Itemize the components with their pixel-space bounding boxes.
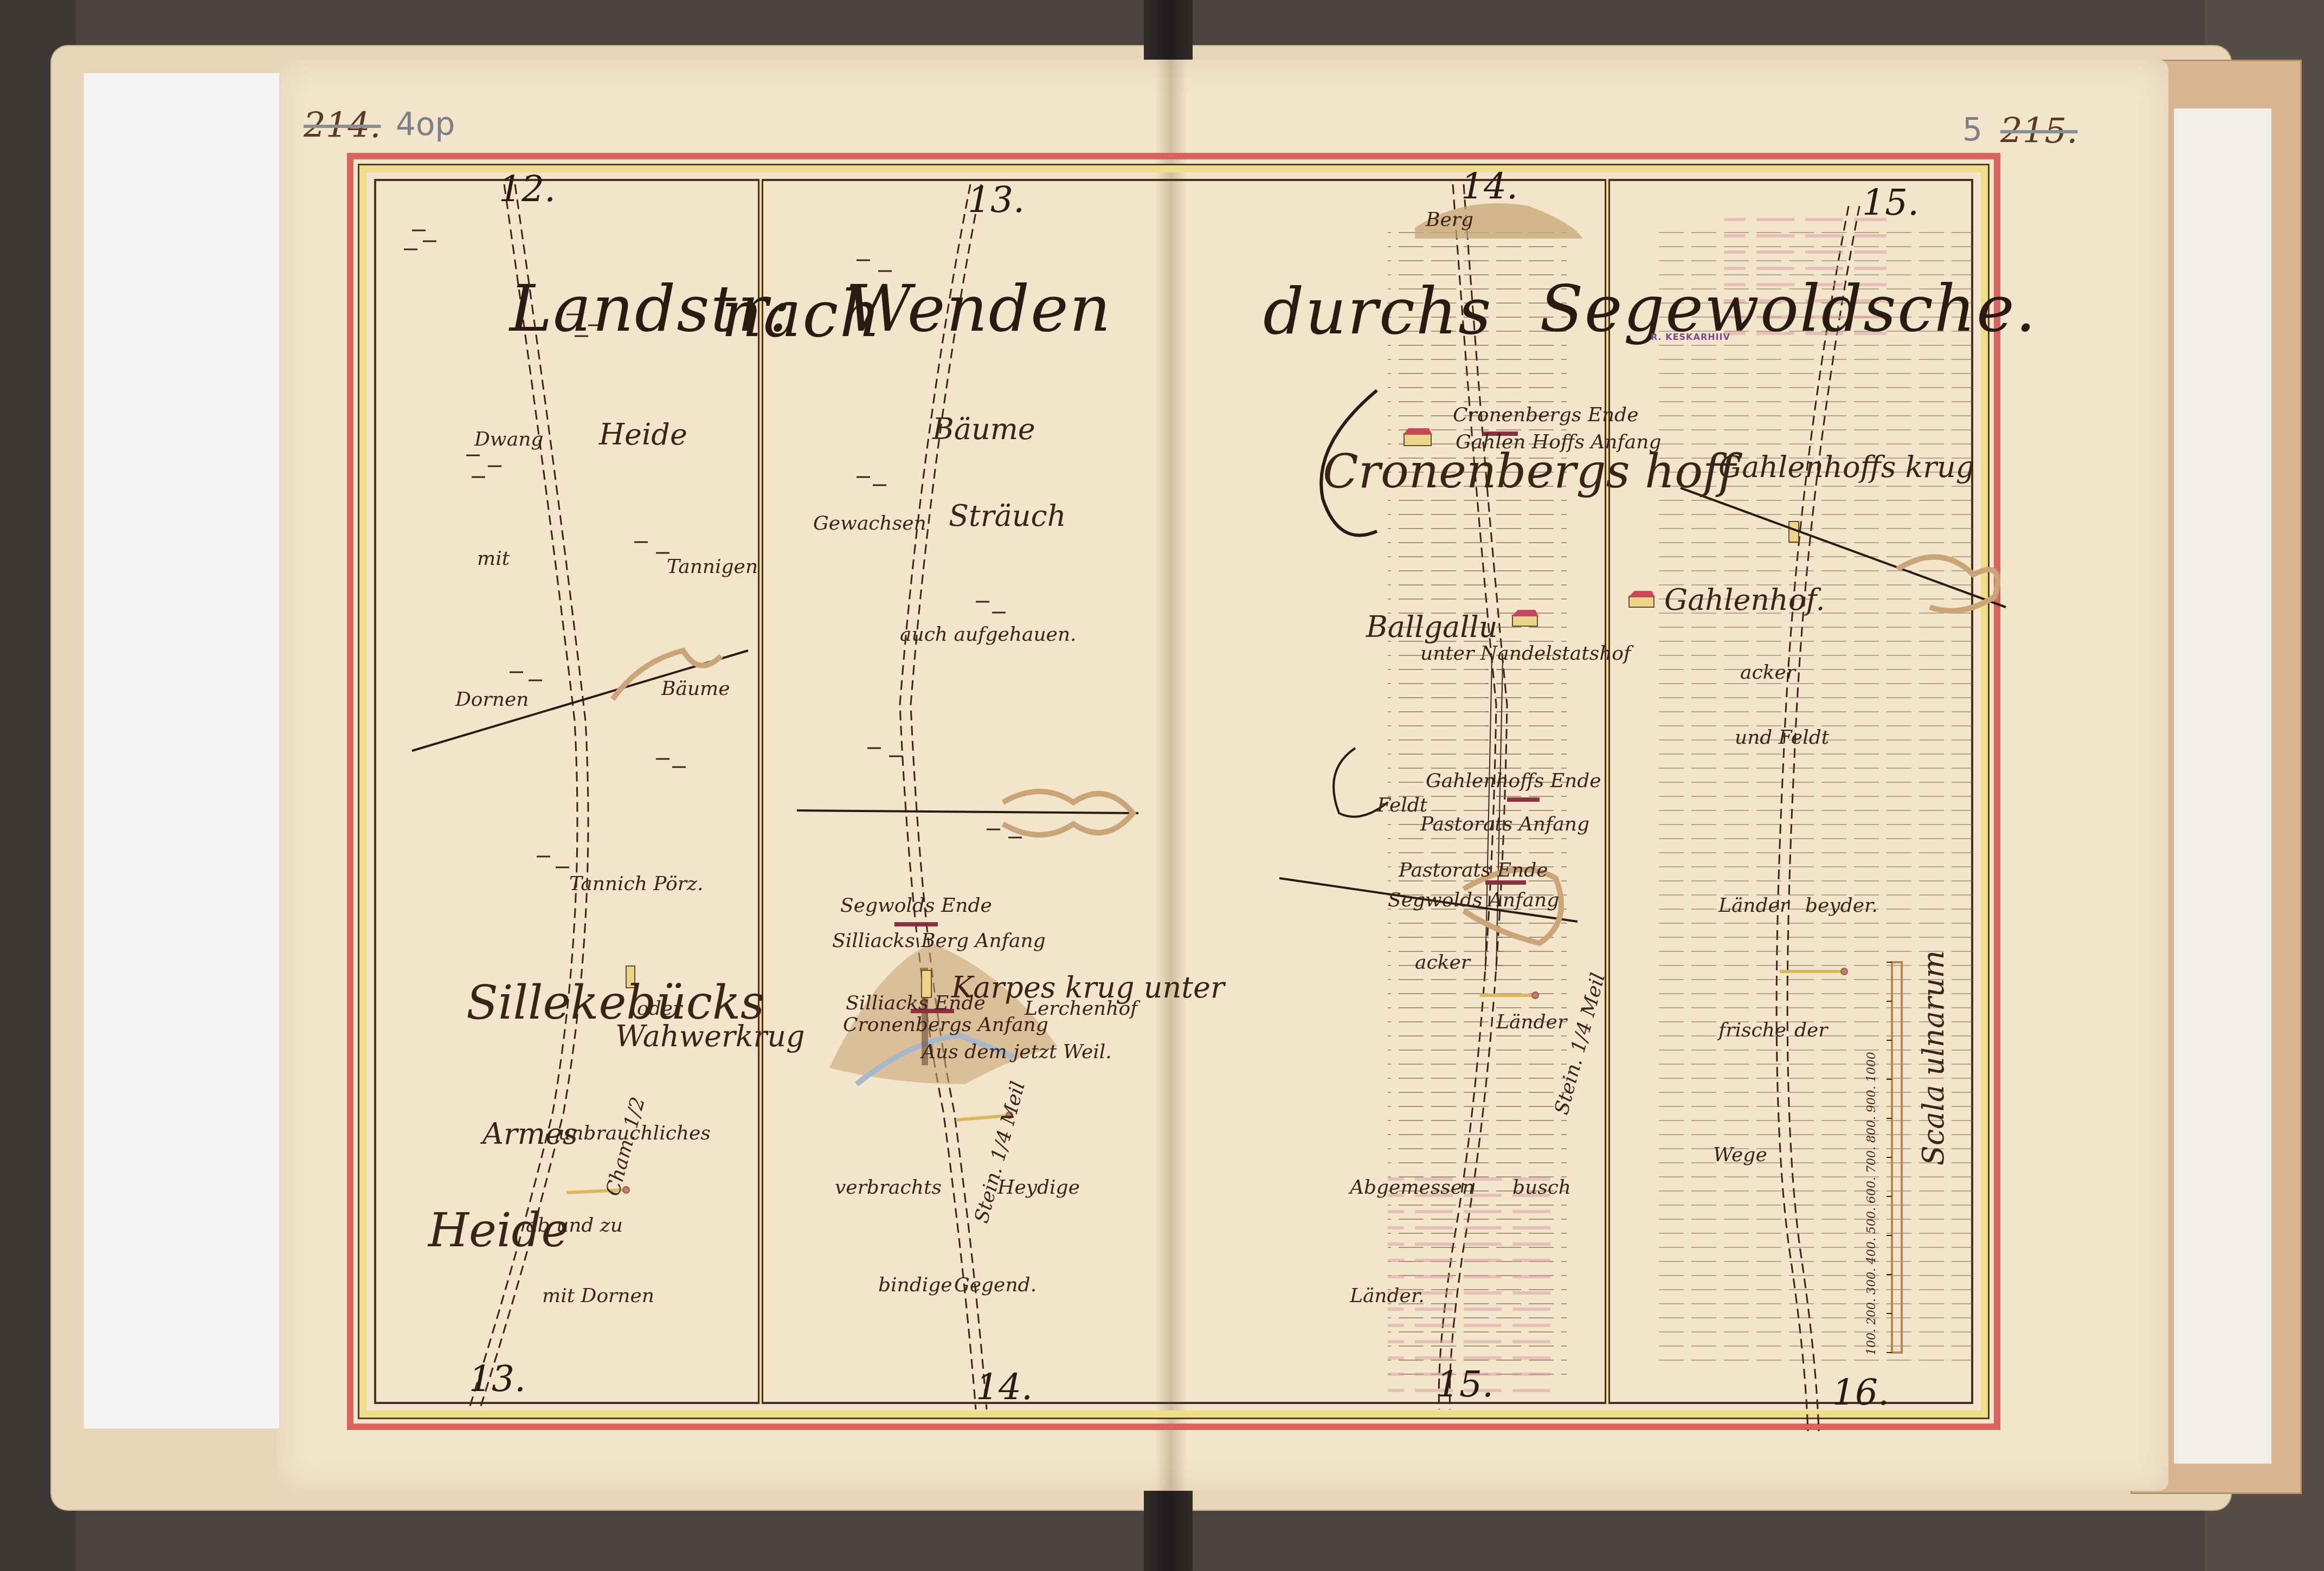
label-cronenbergs-hoff: Cronenbergs hoff	[1323, 445, 1736, 499]
road-section-13-14	[900, 184, 987, 1409]
label-der: der	[1794, 1019, 1828, 1041]
label-heydige: Heydige	[997, 1176, 1080, 1199]
section-number-16-bottom: 16.	[1832, 1372, 1889, 1413]
scale-tick-400: 400.	[1865, 1238, 1878, 1264]
scale-title: Scala ulnarum	[1916, 950, 1950, 1166]
label-beyder: beyder.	[1805, 894, 1878, 917]
title-word-4: durchs	[1263, 274, 1492, 349]
label-busch: busch	[1512, 1176, 1571, 1199]
label-segwolds-ende: Segwolds Ende	[840, 894, 992, 917]
section-number-15: 15.	[1862, 182, 1919, 223]
label-laender-3: Länder	[1718, 894, 1789, 917]
label-gahlenhof: Gahlenhof.	[1664, 583, 1825, 617]
label-und-feldt: und Feldt	[1735, 726, 1829, 749]
label-laender-2: Länder.	[1350, 1285, 1425, 1307]
house-icon-gahlenhof	[1628, 591, 1655, 607]
label-bindige: bindige	[878, 1274, 952, 1296]
label-gahlenhoffs-krug: Gahlenhoffs krug	[1718, 450, 1974, 484]
label-dornen: Dornen	[455, 688, 529, 711]
label-acker: acker	[1415, 951, 1470, 974]
meadow-wash-14-15	[1388, 1166, 1550, 1393]
scale-tick-300: 300.	[1865, 1268, 1878, 1295]
label-wahwerkrug: Wahwerkrug	[615, 1019, 805, 1053]
label-wege: Wege	[1713, 1144, 1767, 1166]
label-straeuch: Sträuch	[949, 499, 1066, 533]
label-mit: mit	[477, 548, 510, 570]
section-number-14: 14.	[1461, 165, 1518, 207]
label-berg: Berg	[1426, 209, 1473, 231]
label-cronenbergs-anfang: Cronenbergs Anfang	[843, 1014, 1048, 1036]
scale-tick-700: 700.	[1865, 1147, 1878, 1173]
label-heide: Heide	[599, 417, 687, 452]
house-icon-cronenbergs	[1403, 428, 1432, 446]
label-pastorats-ende: Pastorats Ende	[1399, 859, 1548, 881]
scale-tick-900: 900.	[1865, 1086, 1878, 1112]
label-laender: Länder	[1496, 1011, 1567, 1033]
title-word-5: Segewoldsche.	[1540, 271, 2037, 346]
section-number-13-bottom: 13.	[469, 1358, 526, 1400]
label-ab-und-zu: ab und zu	[526, 1214, 623, 1237]
label-auch-aufgehauen: auch aufgehauen.	[900, 623, 1077, 646]
map-drawing-layer	[0, 0, 2324, 1571]
label-ballgallu: Ballgallu	[1366, 610, 1498, 644]
scale-tick-600: 600.	[1865, 1177, 1878, 1203]
scale-tick-labels: 100. 200. 300. 400. 500. 600. 700. 800. …	[1865, 1052, 1878, 1355]
scale-tick-1000: 1000	[1865, 1052, 1878, 1082]
label-frische: frische	[1718, 1019, 1786, 1041]
label-oder: oder	[637, 997, 682, 1020]
label-silliacks-berg-anfang: Silliacks Berg Anfang	[832, 930, 1046, 952]
scale-tick-200: 200.	[1865, 1298, 1878, 1325]
section-number-13: 13.	[968, 179, 1025, 221]
title-word-3: Wenden	[846, 271, 1112, 346]
label-mit-dornen: mit Dornen	[542, 1285, 654, 1307]
label-silliacks-ende: Silliacks Ende	[846, 992, 986, 1014]
label-dwang: Dwang	[474, 428, 543, 450]
label-baeume: Bäume	[661, 678, 730, 700]
scale-tick-800: 800.	[1865, 1116, 1878, 1143]
label-verbrachts: verbrachts	[835, 1176, 942, 1199]
section-number-14-bottom: 14.	[976, 1366, 1033, 1408]
scale-tick-100: 100.	[1865, 1329, 1878, 1355]
label-gewachsen: Gewachsen	[813, 512, 926, 535]
label-segwolds-anfang: Segwolds Anfang	[1388, 889, 1559, 911]
label-tannich-poerz: Tannich Pörz.	[569, 873, 703, 895]
label-baeume-2: Bäume	[932, 412, 1035, 446]
house-icon-ballgallu	[1511, 610, 1538, 626]
scale-tick-500: 500.	[1865, 1207, 1878, 1234]
label-unter-nandelstatshof: unter Nandelstatshof	[1420, 642, 1631, 665]
archive-stamp: R. KESKARHIIV	[1651, 332, 1730, 342]
field-hatching-15-16	[1659, 228, 1973, 1366]
label-tannigen: Tannigen	[667, 556, 758, 578]
label-abgemessen: Abgemessen	[1350, 1176, 1475, 1199]
milestone-icon	[626, 521, 1799, 997]
label-pastorats-anfang: Pastorats Anfang	[1420, 813, 1589, 835]
label-aus-dem-jetzt-weil: Aus dem jetzt Weil.	[922, 1041, 1112, 1063]
label-acker-2: acker	[1740, 661, 1795, 684]
label-gegend: Gegend.	[954, 1274, 1037, 1296]
label-gahlenhoffs-ende: Gahlenhoffs Ende	[1426, 770, 1601, 792]
compass-arrow-icon-13-14	[797, 791, 1138, 835]
label-cronenbergs-ende: Cronenbergs Ende	[1453, 404, 1638, 426]
section-number-15-bottom: 15.	[1437, 1363, 1493, 1405]
section-number-12: 12.	[499, 168, 556, 210]
